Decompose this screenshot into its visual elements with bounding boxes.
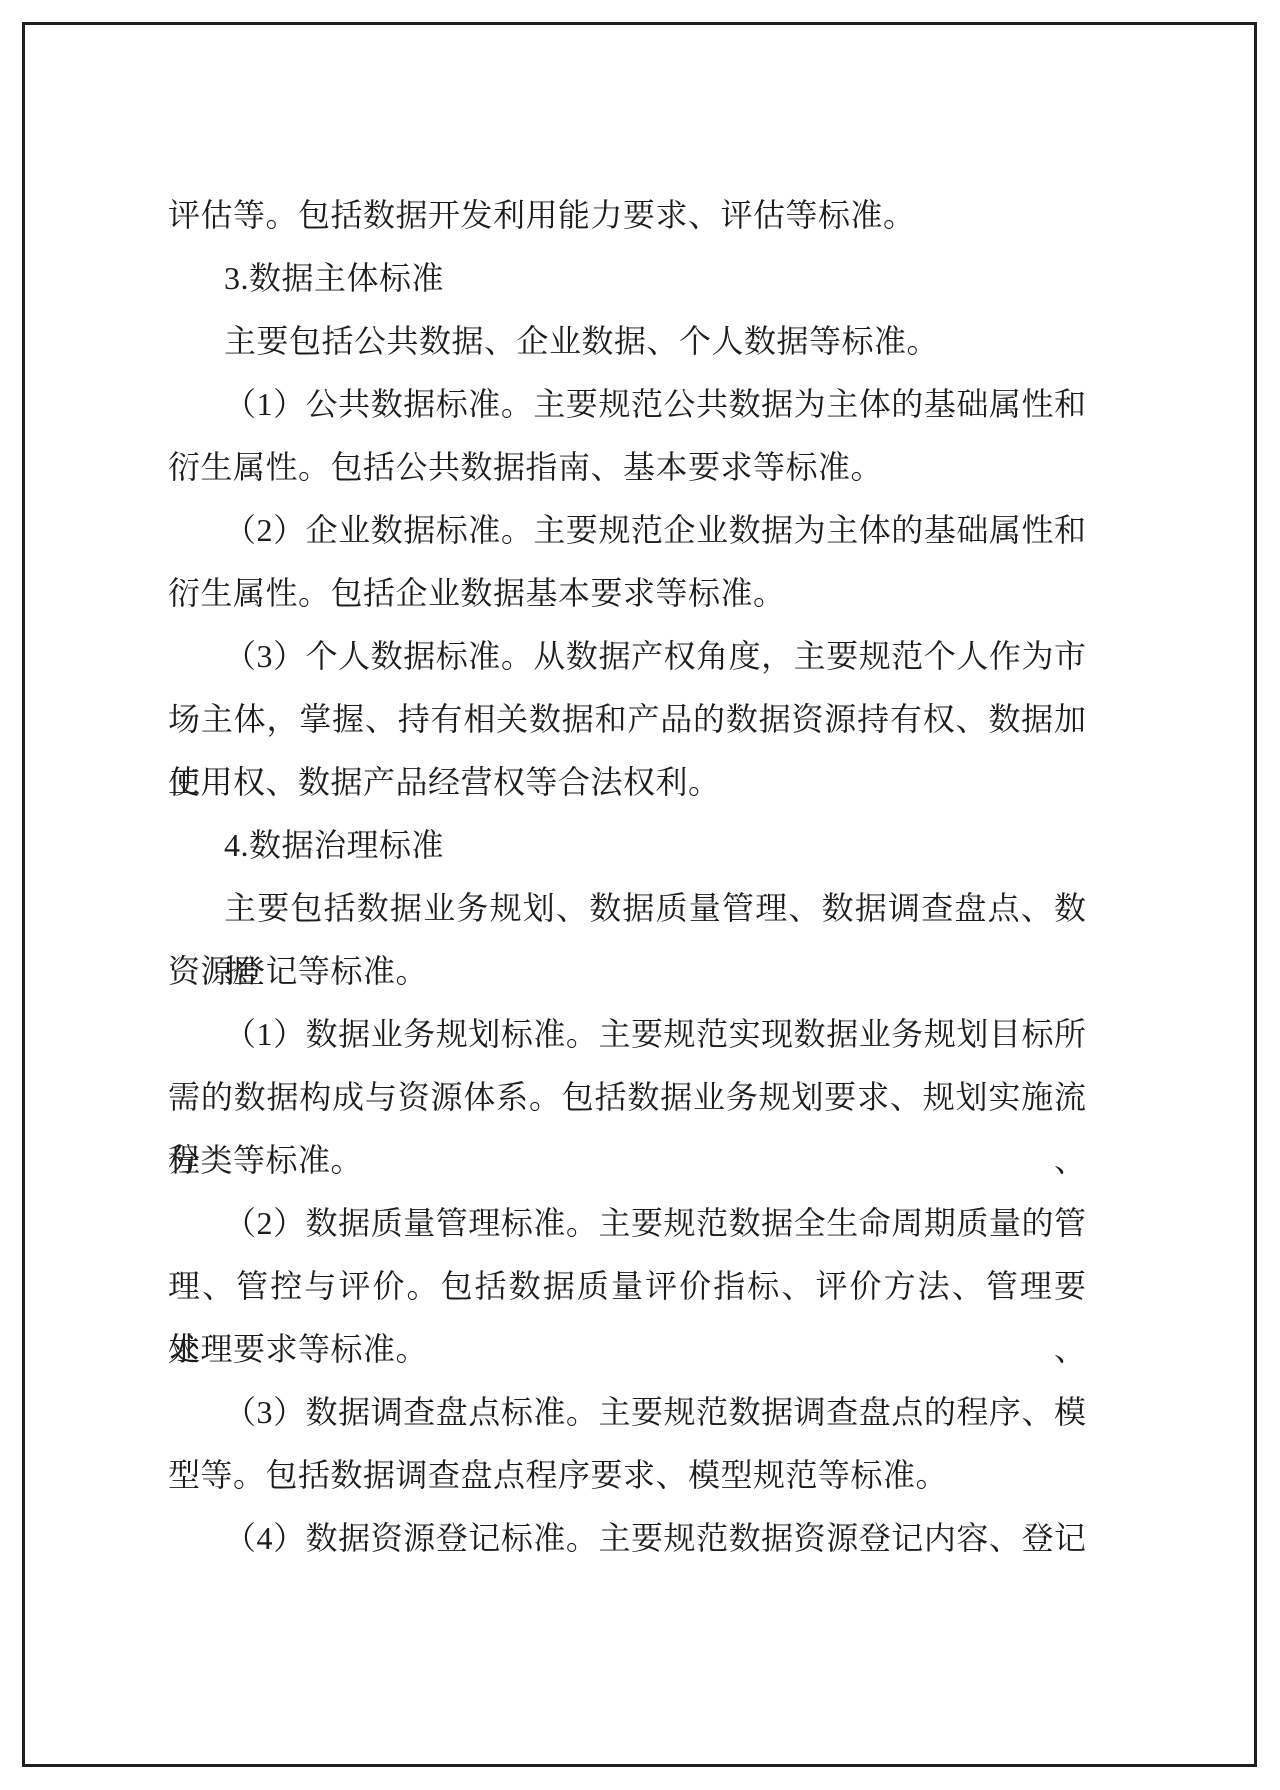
text-line: 需的数据构成与资源体系。包括数据业务规划要求、规划实施流程、 bbox=[168, 1066, 1086, 1129]
text-line: 主要包括数据业务规划、数据质量管理、数据调查盘点、数据 bbox=[168, 877, 1086, 940]
text-line: （1）数据业务规划标准。主要规范实现数据业务规划目标所 bbox=[168, 1003, 1086, 1066]
text-line: （1）公共数据标准。主要规范公共数据为主体的基础属性和 bbox=[168, 373, 1086, 436]
text-line: 主要包括公共数据、企业数据、个人数据等标准。 bbox=[168, 310, 1086, 373]
text-line: （3）个人数据标准。从数据产权角度，主要规范个人作为市 bbox=[168, 625, 1086, 688]
text-line: 衍生属性。包括公共数据指南、基本要求等标准。 bbox=[168, 436, 1086, 499]
text-line: 型等。包括数据调查盘点程序要求、模型规范等标准。 bbox=[168, 1444, 1086, 1507]
text-line: 评估等。包括数据开发利用能力要求、评估等标准。 bbox=[168, 184, 1086, 247]
text-line: 资源登记等标准。 bbox=[168, 940, 1086, 1003]
text-line: 使用权、数据产品经营权等合法权利。 bbox=[168, 751, 1086, 814]
text-line: （3）数据调查盘点标准。主要规范数据调查盘点的程序、模 bbox=[168, 1381, 1086, 1444]
text-line: （2）企业数据标准。主要规范企业数据为主体的基础属性和 bbox=[168, 499, 1086, 562]
text-line: （4）数据资源登记标准。主要规范数据资源登记内容、登记 bbox=[168, 1507, 1086, 1570]
text-line: 理、管控与评价。包括数据质量评价指标、评价方法、管理要求、 bbox=[168, 1255, 1086, 1318]
text-line: （2）数据质量管理标准。主要规范数据全生命周期质量的管 bbox=[168, 1192, 1086, 1255]
text-line: 3.数据主体标准 bbox=[168, 247, 1086, 310]
document-page: 评估等。包括数据开发利用能力要求、评估等标准。3.数据主体标准主要包括公共数据、… bbox=[0, 0, 1280, 1790]
text-line: 4.数据治理标准 bbox=[168, 814, 1086, 877]
document-lines: 评估等。包括数据开发利用能力要求、评估等标准。3.数据主体标准主要包括公共数据、… bbox=[168, 184, 1086, 1570]
text-line: 衍生属性。包括企业数据基本要求等标准。 bbox=[168, 562, 1086, 625]
text-line: 场主体，掌握、持有相关数据和产品的数据资源持有权、数据加工 bbox=[168, 688, 1086, 751]
